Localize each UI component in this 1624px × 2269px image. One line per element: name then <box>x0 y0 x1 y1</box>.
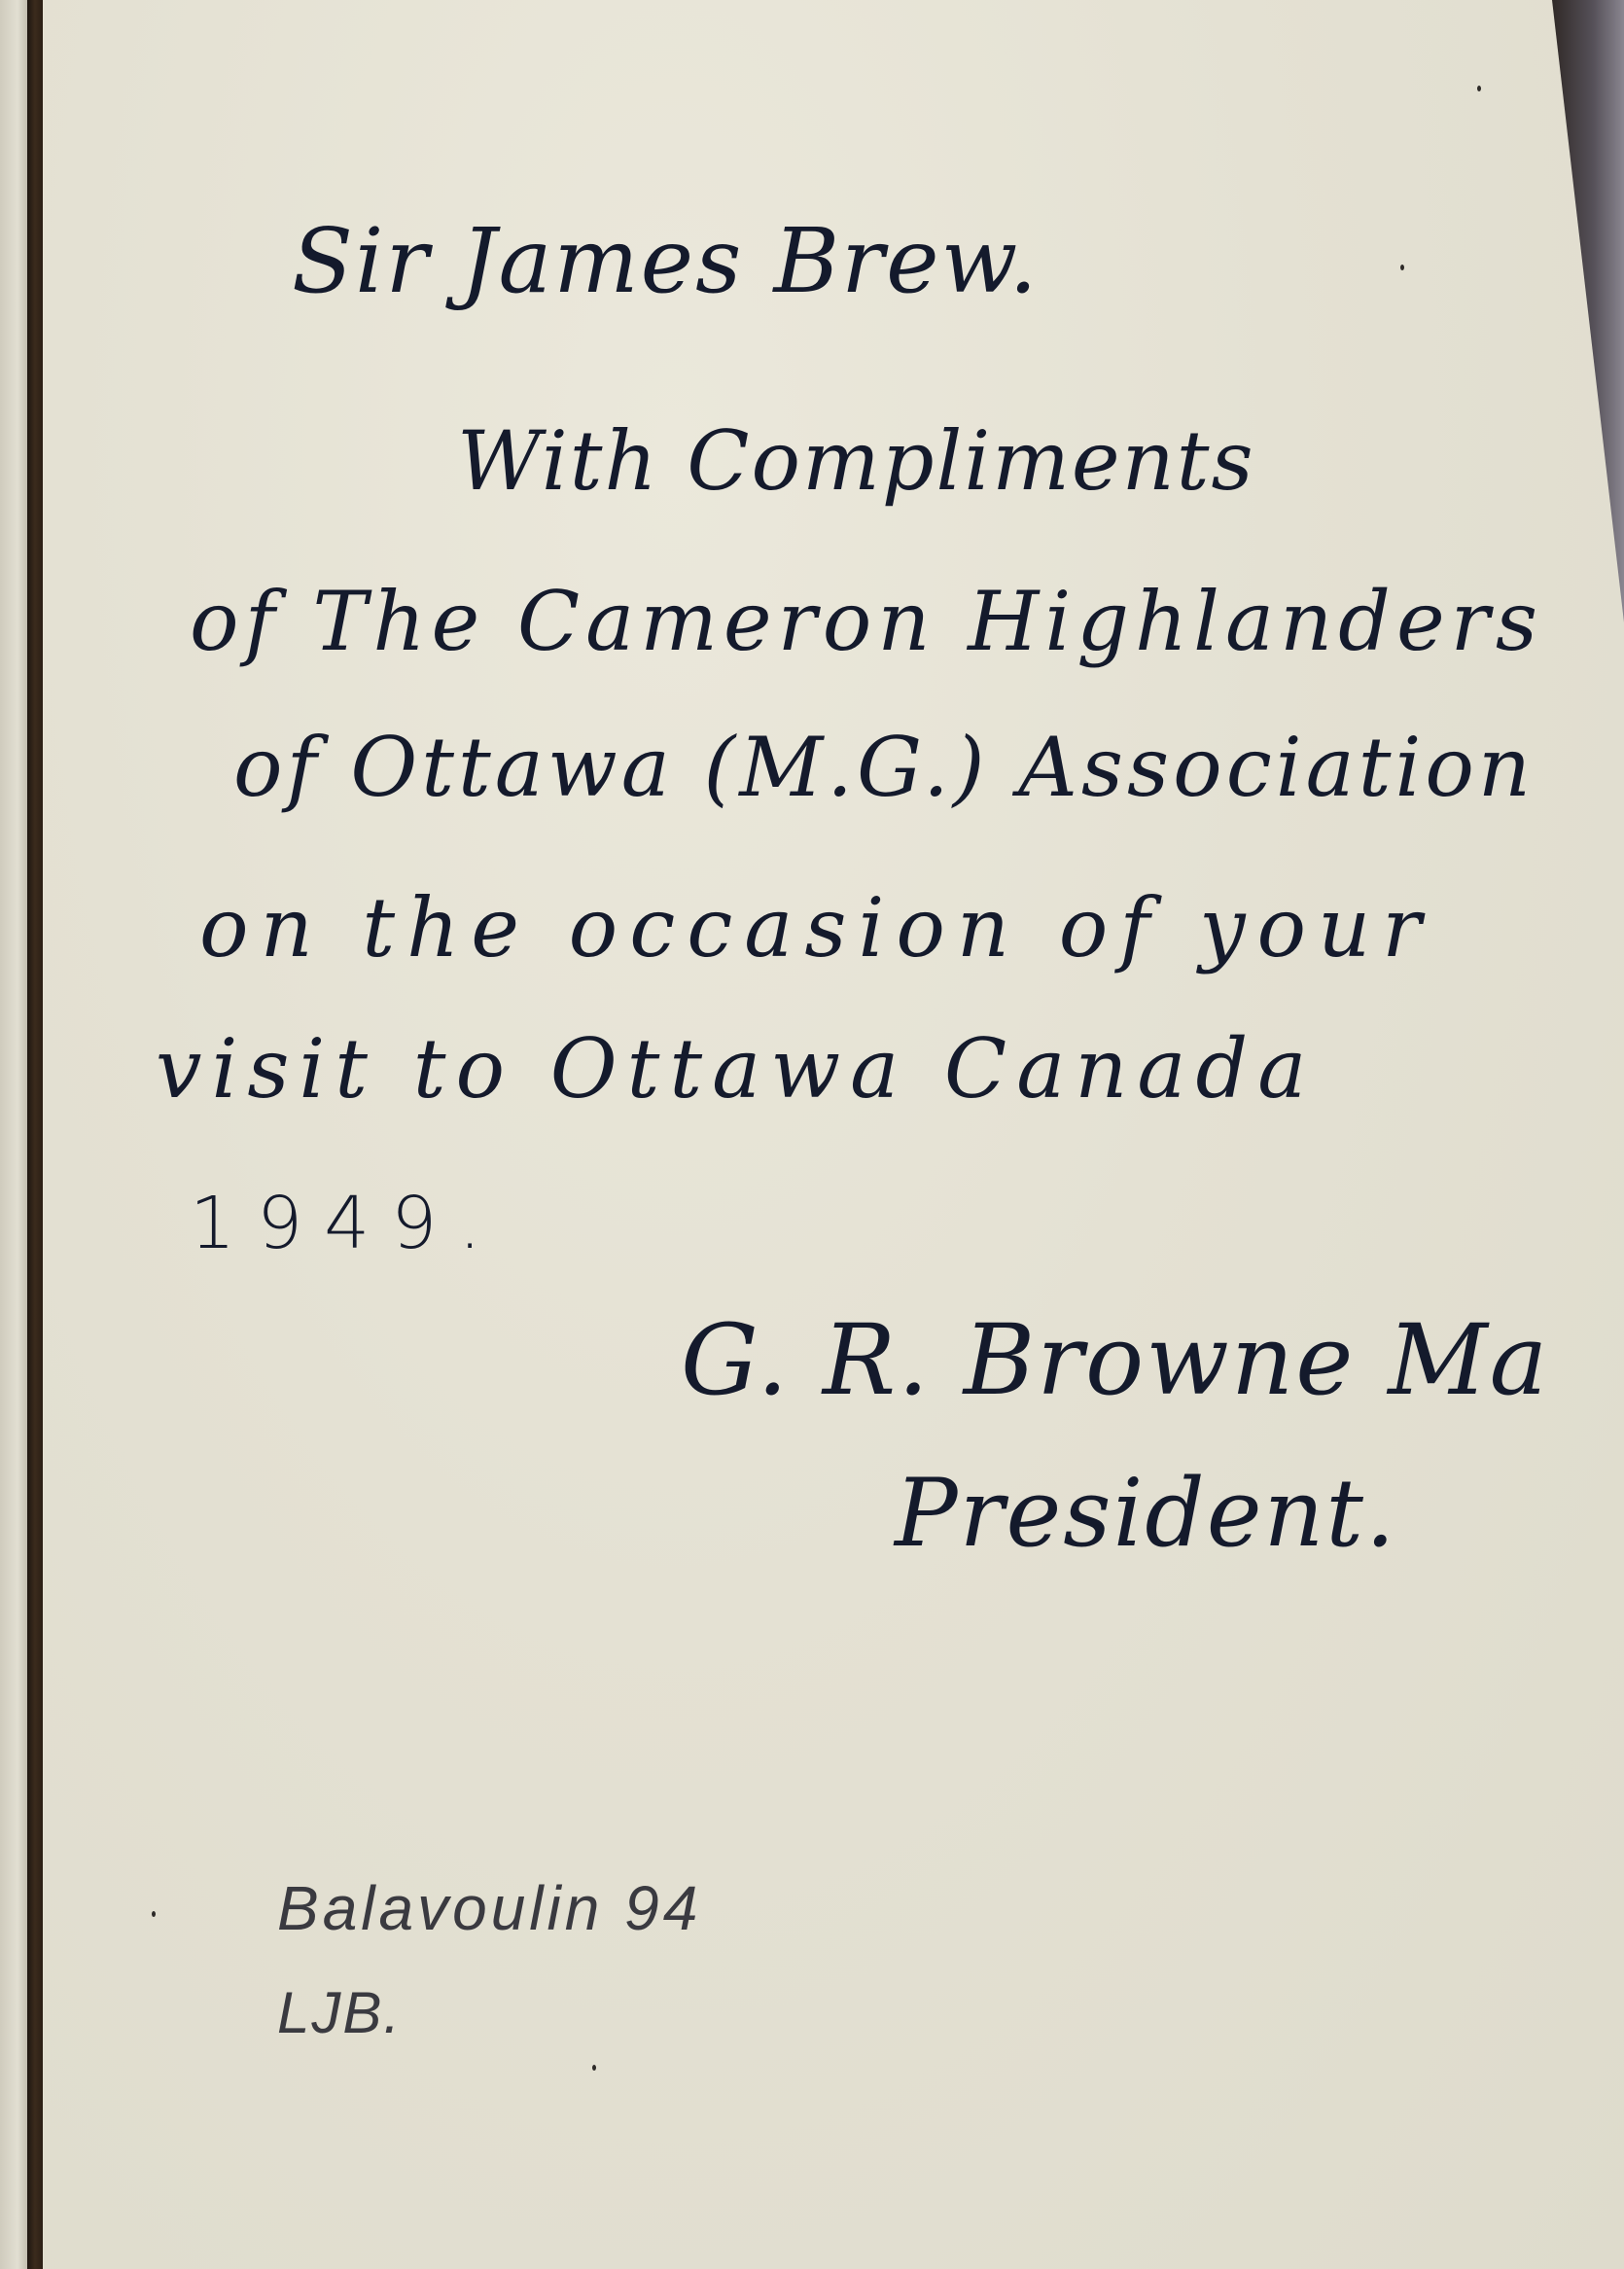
inscription-line: With Compliments <box>457 413 1255 509</box>
inscription-salutation: Sir James Brew. <box>292 209 1040 313</box>
facing-page-edge <box>0 0 29 2269</box>
paper-speck <box>1400 265 1404 270</box>
inscription-line: on the occasion of your <box>199 880 1432 975</box>
photo-scene: Sir James Brew. With Compliments of The … <box>0 0 1624 2269</box>
paper-speck <box>152 1911 156 1917</box>
inscription-line: of Ottawa (M.G.) Association <box>233 720 1535 815</box>
signatory-title: President. <box>895 1459 1396 1568</box>
pencil-note: Balavoulin 94 <box>277 1872 701 1944</box>
inscription-line: visit to Ottawa Canada <box>156 1021 1316 1117</box>
paper-speck <box>592 2065 596 2071</box>
book-gutter <box>27 0 43 2269</box>
signature: G. R. Browne Ma <box>681 1303 1549 1417</box>
inscription-date: 1949. <box>190 1182 503 1265</box>
pencil-initials: LJB. <box>277 1979 402 2046</box>
inscription-line: of The Cameron Highlanders <box>190 574 1543 669</box>
paper-speck <box>1477 86 1481 91</box>
